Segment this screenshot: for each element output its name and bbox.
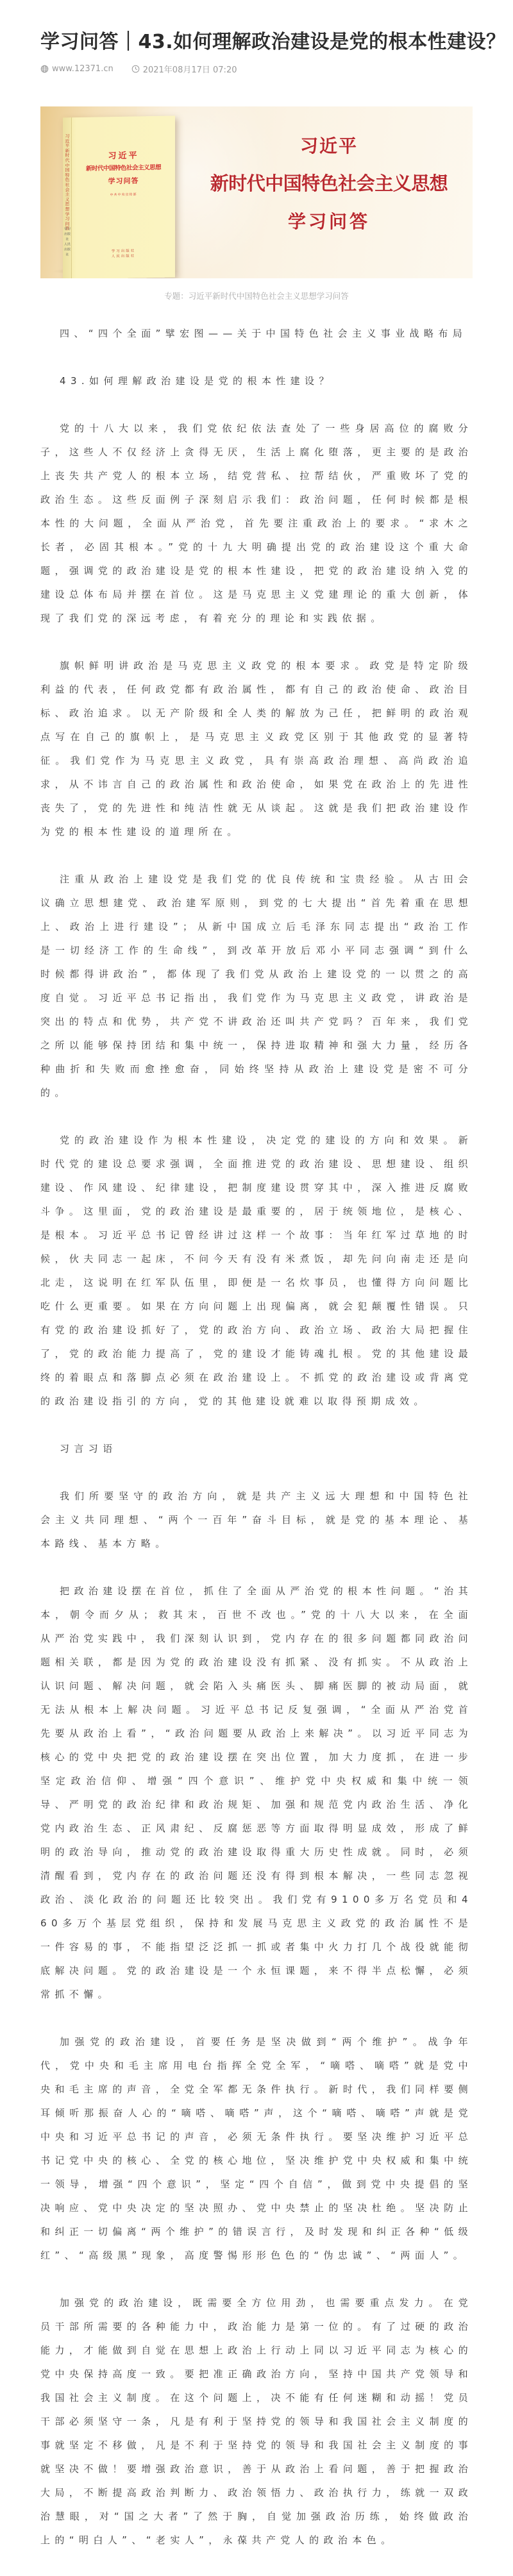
banner-image: 习近平新时代中国特色社会主义思想学习问答 学习出版社 人民出版社 习近平 新时代… xyxy=(40,106,473,278)
banner-headline-line3: 学习问答 xyxy=(188,208,470,233)
banner-headline-line1: 习近平 xyxy=(188,132,470,158)
paragraph: 旗帜鲜明讲政治是马克思主义政党的根本要求。政党是特定阶级利益的代表，任何政党都有… xyxy=(40,654,473,844)
book-cover-line4: 中共中央宣传部 xyxy=(72,191,175,198)
publish-time: 2021年08月17日 07:20 xyxy=(131,63,237,75)
article-meta: www.12371.cn 2021年08月17日 07:20 xyxy=(40,63,255,75)
book-spine-title: 习近平新时代中国特色社会主义思想学习问答 xyxy=(64,134,71,232)
book-cover-line2: 新时代中国特色社会主义思想 xyxy=(72,162,175,173)
paragraph: 加强党的政治建设，既需要全方位用劲，也需要重点发力。在党员干部所需要的各种能力中… xyxy=(40,2291,473,2552)
paragraph: 把政治建设摆在首位，抓住了全面从严治党的根本性问题。“治其本，朝令而夕从；救其末… xyxy=(40,1579,473,2007)
book-cover-line1: 习近平 xyxy=(72,147,175,162)
globe-icon xyxy=(40,65,49,73)
clock-icon xyxy=(131,65,140,73)
book-spine-publisher: 学习出版社 人民出版社 xyxy=(64,226,71,257)
article-title: 学习问答｜43.如何理解政治建设是党的根本性建设？ xyxy=(40,29,489,55)
source-link[interactable]: www.12371.cn xyxy=(52,64,114,74)
paragraph: 我们所要坚守的政治方向，就是共产主义远大理想和中国特色社会主义共同理想、“两个一… xyxy=(40,1485,473,1556)
question-heading: 43.如何理解政治建设是党的根本性建设？ xyxy=(40,369,473,393)
paragraph: 党的十八大以来，我们党依纪依法查处了一些身居高位的腐败分子，这些人不仅经济上贪得… xyxy=(40,417,473,630)
paragraph: 党的政治建设作为根本性建设，决定党的建设的方向和效果。新时代党的建设总要求强调，… xyxy=(40,1129,473,1413)
book-cover-publisher2: 人民出版社 xyxy=(72,253,175,260)
article-body: 四、“四个全面”擘宏图——关于中国特色社会主义事业战略布局 43.如何理解政治建… xyxy=(40,322,473,2576)
banner-headline-line2: 新时代中国特色社会主义思想 xyxy=(188,169,470,196)
image-caption: 专题：习近平新时代中国特色社会主义思想学习问答 xyxy=(40,290,473,301)
book-cover-line3: 学习问答 xyxy=(72,174,175,187)
section-heading: 四、“四个全面”擘宏图——关于中国特色社会主义事业战略布局 xyxy=(40,322,473,346)
paragraph: 注重从政治上建设党是我们党的优良传统和宝贵经验。从古田会议确立思想建党、政治建军… xyxy=(40,868,473,1105)
book-cover: 习近平新时代中国特色社会主义思想学习问答 学习出版社 人民出版社 习近平 新时代… xyxy=(63,115,175,278)
paragraph: 加强党的政治建设，首要任务是坚决做到“两个维护”。战争年代，党中央和毛主席用电台… xyxy=(40,2030,473,2268)
book-cover-publishers: 学习出版社 人民出版社 xyxy=(72,248,175,260)
source-info: www.12371.cn xyxy=(40,64,114,74)
publish-datetime: 2021年08月17日 07:20 xyxy=(143,63,237,75)
quote-heading: 习言习语 xyxy=(40,1437,473,1461)
